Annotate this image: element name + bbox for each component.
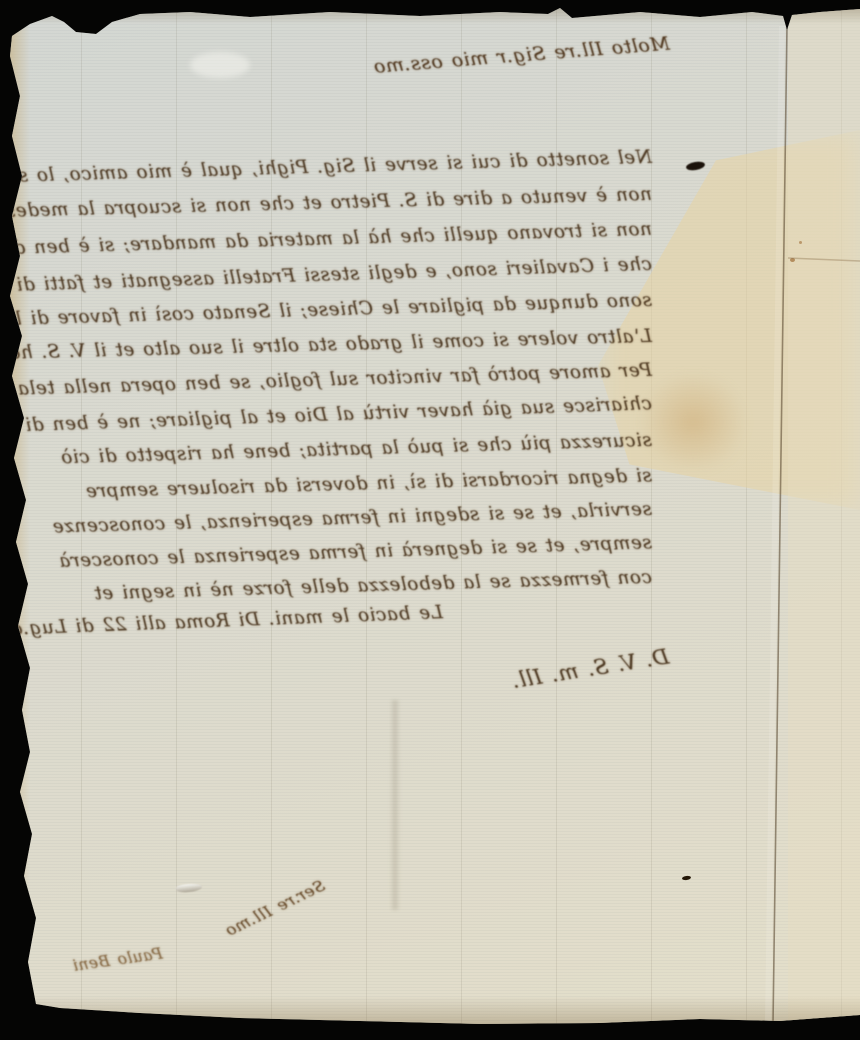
body-line-7: Per amore potrò far vincitor sul foglio,… (30, 360, 652, 399)
signature-line: Paulo Beni (39, 945, 163, 980)
salutation-line: Molto Ill.re Sig.r mio oss.mo (430, 33, 671, 74)
torn-edge-left (0, 0, 34, 1040)
body-line-12: sempre, et se si degnerà in ferma esperi… (30, 532, 652, 573)
vertical-wrinkle (390, 700, 400, 910)
right-fold-panel (788, 0, 860, 1040)
body-line-3: non si trovano quelli che hà la materia … (30, 219, 652, 258)
body-line-6: L'altro volere si come il grado sta oltr… (30, 326, 652, 363)
annotation-line: Ser.re Ill.mo (207, 876, 328, 948)
body-line-1: Nel sonetto di cui si serve il Sig. Pigh… (30, 147, 652, 186)
body-line-8: chiarisce sua già haver virtù al Dio et … (30, 393, 652, 436)
rust-speck (799, 241, 802, 244)
body-line-4: che i Cavalieri sono, e degli stessi Fra… (30, 254, 652, 296)
manuscript-scan: Molto Ill.re Sig.r mio oss.mo Nel sonett… (0, 0, 860, 1040)
body-line-2: non è venuto a dire di S. Pietro et che … (30, 184, 652, 221)
rust-speck (790, 258, 795, 262)
pale-surface-patch (190, 52, 250, 78)
bottom-edge-shadow (0, 996, 860, 1026)
body-line-14-dateline: Le bacio le mani. Di Roma alli 22 di Lug… (30, 602, 444, 639)
body-line-9: sicurezza più che si può la partita; ben… (30, 430, 652, 469)
body-line-11: servirla, et se si sdegni in ferma esper… (30, 499, 652, 538)
closing-formula-line: D. V. S. m. Ill. (469, 645, 670, 700)
paper-tear (176, 883, 203, 894)
paper-sheet: Molto Ill.re Sig.r mio oss.mo Nel sonett… (0, 0, 860, 1040)
body-line-13: con fermezza se la debolezza delle forze… (30, 567, 652, 606)
ink-blot (685, 160, 705, 171)
top-edge-shadow (0, 0, 860, 24)
ink-speck (682, 875, 691, 880)
body-line-10: si degna ricordarsi di sì, in doversi da… (30, 465, 652, 503)
body-line-5: sono dunque da pigliare le Chiese; il Se… (30, 290, 652, 329)
